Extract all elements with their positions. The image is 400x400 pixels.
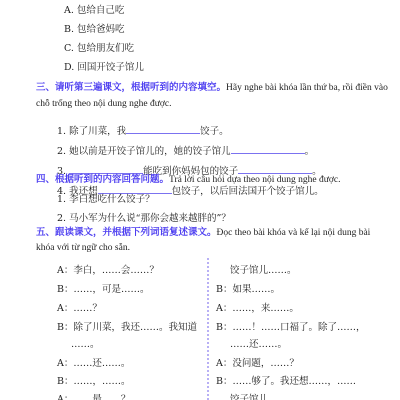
column-divider (207, 258, 209, 400)
dialogue-left-line-3: A：……？ (57, 300, 102, 314)
dialogue-left-line-4: B：除了川菜，我还……。我知道 (57, 319, 197, 333)
option-d: D. 回国开饺子馆儿 (64, 59, 144, 73)
dialogue-right-line-3: A：……，来……。 (216, 300, 299, 314)
dialogue-right-line-1: 饺子馆儿……。 (230, 262, 297, 276)
section5-heading-vi: Đọc theo bài khóa và kể lại nội dung bài (217, 228, 371, 238)
dialogue-left-line-2: B：……，可是……。 (57, 281, 149, 295)
dialogue-right-line-2: B：如果……。 (216, 281, 280, 295)
fill-blank-2[interactable] (231, 143, 305, 154)
fill-blank-1[interactable] (126, 123, 200, 134)
option-c: C. 包给朋友们吃 (64, 40, 134, 54)
section5-heading: 五、跟读课文，并根据下列词语复述课文。Đọc theo bài khóa và … (36, 224, 370, 238)
fill-item-1-prefix: 1. 除了川菜，我 (57, 126, 126, 137)
dialogue-right-line-5: ……还……。 (230, 336, 287, 350)
dialogue-left-line-6: A：……还……。 (57, 355, 130, 369)
fill-item-1-suffix: 饺子。 (200, 126, 229, 137)
dialogue-right-line-4: B：……！……口福了。除了……， (216, 319, 365, 333)
dialogue-left-line-5: ……。 (71, 336, 100, 350)
dialogue-right-line-8: 饺子馆儿。 (230, 391, 278, 400)
fill-item-2-suffix: 。 (305, 146, 315, 157)
section3-heading: 三、请听第三遍课文，根据听到的内容填空。Hãy nghe bài khóa lầ… (36, 79, 388, 93)
section4-heading-vi: Trả lời câu hỏi dựa theo nội dung nghe đ… (169, 175, 340, 185)
section5-heading-cn: 五、跟读课文，并根据下列词语复述课文。 (36, 227, 217, 238)
section3-heading-cn: 三、请听第三遍课文，根据听到的内容填空。 (36, 82, 226, 93)
section4-heading-cn: 四、根据听到的内容回答问题。 (36, 174, 169, 185)
dialogue-right-line-7: B：……够了。我还想……，…… (216, 373, 356, 387)
dialogue-left-line-7: B：……，……。 (57, 373, 130, 387)
fill-item-2-prefix: 2. 她以前是开饺子馆儿的，她的饺子馆儿 (57, 146, 231, 157)
section5-heading-cont: khóa với từ ngữ cho sẵn. (36, 243, 130, 253)
fill-item-1: 1. 除了川菜，我饺子。 (57, 123, 229, 137)
section3-heading-cont: chỗ trống theo nội dung nghe được. (36, 99, 172, 109)
fill-item-2: 2. 她以前是开饺子馆儿的，她的饺子馆儿。 (57, 143, 314, 157)
fill-item-4-suffix: 包饺子，以后回法国开个饺子馆儿。 (172, 186, 324, 197)
section4-heading: 四、根据听到的内容回答问题。Trả lời câu hỏi dựa theo n… (36, 171, 340, 185)
dialogue-left-line-1: A：李白，……会……？ (57, 262, 159, 276)
option-b: B. 包给爸妈吃 (64, 21, 125, 35)
dialogue-right-line-6: A：没问题，……？ (216, 355, 299, 369)
dialogue-left-line-8: A：……最……？ (57, 391, 130, 400)
section3-heading-vi: Hãy nghe bài khóa lần thứ ba, rồi điền v… (226, 83, 388, 93)
question-2: 2. 马小军为什么说“那你会越来越胖的”？ (57, 210, 231, 224)
question-1: 1. 李白想吃什么饺子？ (57, 191, 155, 205)
option-a: A. 包给自己吃 (64, 2, 124, 16)
